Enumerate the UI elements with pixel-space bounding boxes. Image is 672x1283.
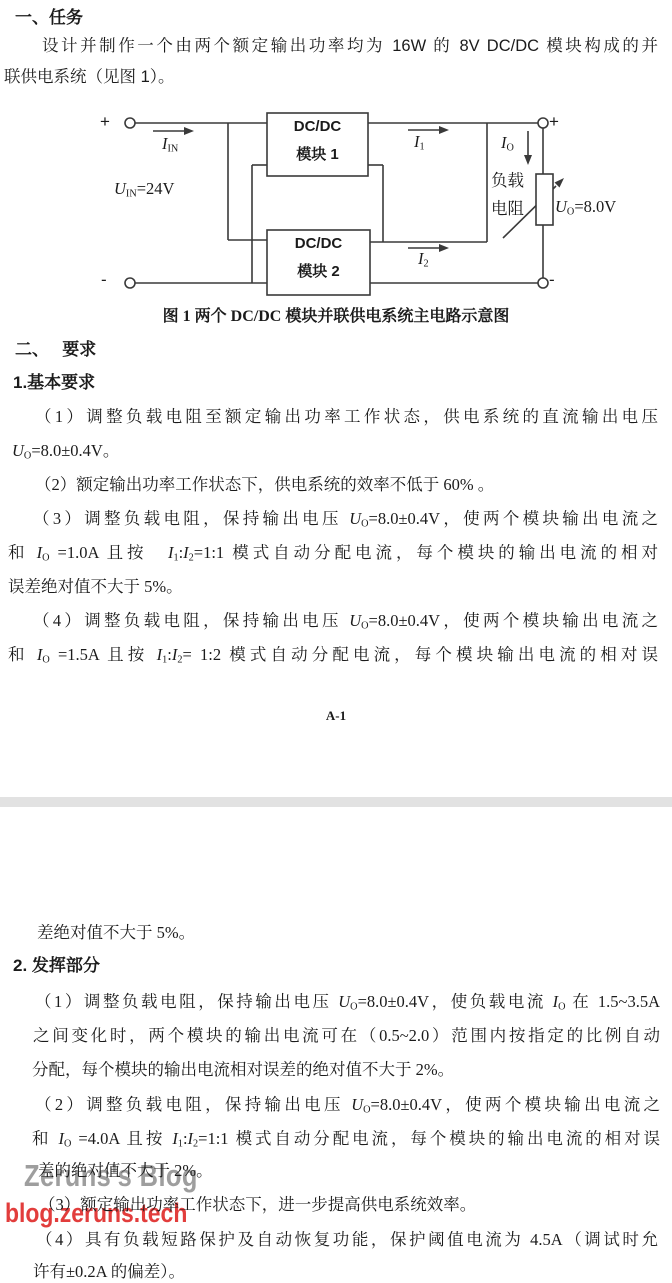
output-minus-label: - bbox=[549, 270, 555, 290]
i2-label: I2 bbox=[418, 250, 429, 269]
text-line: 差的绝对值不大于 2%。 bbox=[38, 1160, 213, 1181]
input-minus-label: - bbox=[101, 270, 107, 290]
input-plus-terminal bbox=[125, 118, 135, 128]
load-resistor bbox=[536, 174, 553, 225]
section2-heading: 二、 要求 bbox=[15, 339, 96, 360]
i2-arrowhead bbox=[439, 244, 449, 252]
module2-label-line2: 模块 2 bbox=[267, 264, 370, 279]
text-line: 差绝对值不大于 5%。 bbox=[37, 922, 195, 943]
i1-label: I1 bbox=[414, 133, 425, 152]
section1-heading: 一、任务 bbox=[15, 7, 83, 28]
basic-requirements-heading: 1.基本要求 bbox=[13, 372, 95, 393]
output-minus-terminal bbox=[538, 278, 548, 288]
module2-label-line1: DC/DC bbox=[267, 236, 370, 251]
module1-label-line1: DC/DC bbox=[267, 119, 368, 134]
output-plus-terminal bbox=[538, 118, 548, 128]
load-label-line1: 负载 bbox=[491, 172, 524, 191]
iin-arrowhead bbox=[184, 127, 194, 135]
text-line: （1）调整负载电阻，保持输出电压 UO=8.0±0.4V，使负载电流 IO 在 … bbox=[35, 991, 660, 1012]
page-separator bbox=[0, 797, 672, 807]
input-plus-label: + bbox=[100, 112, 110, 132]
advanced-requirements-heading: 2. 发挥部分 bbox=[13, 955, 100, 976]
iin-label: IIN bbox=[162, 135, 178, 154]
text-line: （2）额定输出功率工作状态下，供电系统的效率不低于 60% 。 bbox=[35, 474, 494, 495]
intro-line: 设计并制作一个由两个额定输出功率均为 16W 的 8V DC/DC 模块构成的并 bbox=[42, 36, 658, 57]
input-minus-terminal bbox=[125, 278, 135, 288]
document-page: 一、任务 设计并制作一个由两个额定输出功率均为 16W 的 8V DC/DC 模… bbox=[0, 0, 672, 1283]
text-line: 分配，每个模块的输出电流相对误差的绝对值不大于 2%。 bbox=[32, 1059, 454, 1080]
text-line: （1）调整负载电阻至额定输出功率工作状态，供电系统的直流输出电压 bbox=[35, 406, 658, 427]
text-line: 和 IO =4.0A 且按 I1:I2=1:1 模式自动分配电流，每个模块的输出… bbox=[32, 1128, 660, 1149]
uin-label: UIN=24V bbox=[114, 180, 174, 199]
text-line: 误差绝对值不大于 5%。 bbox=[8, 576, 183, 597]
output-plus-label: + bbox=[549, 112, 559, 132]
text-line: （3）调整负载电阻，保持输出电压 UO=8.0±0.4V，使两个模块输出电流之 bbox=[33, 508, 658, 529]
text-line: 和 IO =1.5A 且按 I1:I2= 1:2 模式自动分配电流，每个模块输出… bbox=[8, 644, 658, 665]
text-line: （4）具有负载短路保护及自动恢复功能，保护阈值电流为 4.5A（调试时允 bbox=[36, 1229, 658, 1250]
uo-label: UO=8.0V bbox=[555, 198, 616, 217]
text-line: 之间变化时，两个模块的输出电流可在（0.5~2.0）范围内按指定的比例自动 bbox=[33, 1025, 660, 1046]
text-line: 许有±0.2A 的偏差）。 bbox=[33, 1261, 185, 1282]
text-line: （2）调整负载电阻，保持输出电压 UO=8.0±0.4V，使两个模块输出电流之 bbox=[35, 1094, 660, 1115]
text-line: UO=8.0±0.4V。 bbox=[12, 440, 119, 461]
io-label: IO bbox=[501, 134, 514, 153]
io-arrowhead bbox=[524, 155, 532, 165]
intro-line: 联供电系统（见图 1）。 bbox=[4, 67, 175, 88]
text-line: （3）额定输出功率工作状态下，进一步提高供电系统效率。 bbox=[39, 1194, 476, 1215]
page-number: A-1 bbox=[0, 708, 672, 724]
i1-arrowhead bbox=[439, 126, 449, 134]
text-line: 和 IO =1.0A 且按 I1:I2=1:1 模式自动分配电流，每个模块的输出… bbox=[8, 542, 658, 563]
figure-caption: 图 1 两个 DC/DC 模块并联供电系统主电路示意图 bbox=[0, 303, 672, 326]
module1-label-line2: 模块 1 bbox=[267, 147, 368, 162]
text-line: （4）调整负载电阻，保持输出电压 UO=8.0±0.4V，使两个模块输出电流之 bbox=[33, 610, 658, 631]
load-label-line2: 电阻 bbox=[491, 200, 524, 219]
